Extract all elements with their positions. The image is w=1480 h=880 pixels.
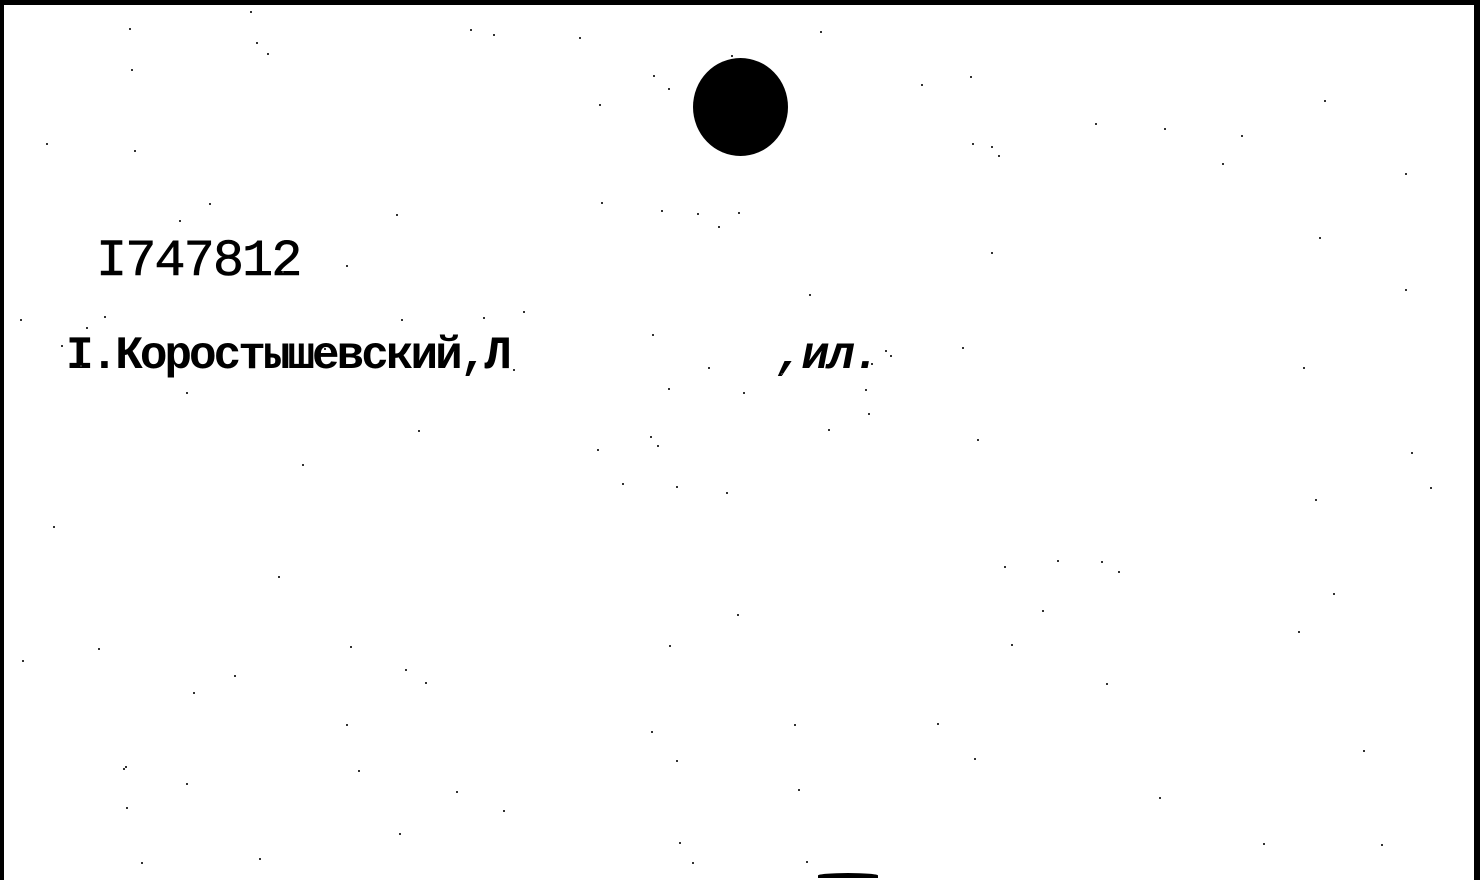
noise-speck <box>885 350 887 352</box>
noise-speck <box>80 365 82 367</box>
noise-speck <box>134 150 136 152</box>
noise-speck <box>991 252 993 254</box>
noise-speck <box>676 760 678 762</box>
noise-speck <box>962 347 964 349</box>
noise-speck <box>401 319 403 321</box>
author-entry: I.Коростышевский,Л <box>66 333 509 379</box>
noise-speck <box>692 862 694 864</box>
noise-speck <box>131 69 133 71</box>
noise-speck <box>493 34 495 36</box>
noise-speck <box>425 682 427 684</box>
noise-speck <box>1405 289 1407 291</box>
noise-speck <box>250 11 252 13</box>
noise-speck <box>1011 644 1013 646</box>
noise-speck <box>1159 797 1161 799</box>
noise-speck <box>405 669 407 671</box>
noise-speck <box>1101 561 1103 563</box>
noise-speck <box>622 483 624 485</box>
noise-speck <box>129 28 131 30</box>
noise-speck <box>98 648 100 650</box>
punch-hole-icon <box>693 58 788 156</box>
noise-speck <box>668 388 670 390</box>
noise-speck <box>974 758 976 760</box>
card-edge-left <box>0 0 4 880</box>
noise-speck <box>350 646 352 648</box>
noise-speck <box>676 486 678 488</box>
noise-speck <box>234 675 236 677</box>
noise-speck <box>668 88 670 90</box>
noise-speck <box>731 55 733 57</box>
noise-speck <box>418 430 420 432</box>
noise-speck <box>346 724 348 726</box>
noise-speck <box>1303 367 1305 369</box>
noise-speck <box>794 724 796 726</box>
noise-speck <box>470 29 472 31</box>
noise-speck <box>669 645 671 647</box>
noise-speck <box>186 783 188 785</box>
noise-speck <box>743 392 745 394</box>
noise-speck <box>890 355 892 357</box>
noise-speck <box>977 439 979 441</box>
noise-speck <box>1324 100 1326 102</box>
noise-speck <box>186 392 188 394</box>
noise-speck <box>601 202 603 204</box>
noise-speck <box>991 146 993 148</box>
noise-speck <box>1118 571 1120 573</box>
noise-speck <box>1241 135 1243 137</box>
noise-speck <box>726 492 728 494</box>
noise-speck <box>324 348 326 350</box>
noise-speck <box>523 311 525 313</box>
noise-speck <box>86 327 88 329</box>
noise-speck <box>1430 487 1432 489</box>
noise-speck <box>1405 173 1407 175</box>
noise-speck <box>579 37 581 39</box>
noise-speck <box>708 367 710 369</box>
noise-speck <box>737 614 739 616</box>
noise-speck <box>53 526 55 528</box>
noise-speck <box>1164 128 1166 130</box>
catalog-card: I747812 I.Коростышевский,Л ,ил. <box>0 0 1480 880</box>
noise-speck <box>22 660 24 662</box>
noise-speck <box>125 766 127 768</box>
noise-speck <box>61 345 63 347</box>
card-edge-top <box>0 0 1480 5</box>
noise-speck <box>123 768 125 770</box>
ink-smudge <box>818 873 878 878</box>
noise-speck <box>1319 237 1321 239</box>
noise-speck <box>597 449 599 451</box>
noise-speck <box>1298 631 1300 633</box>
noise-speck <box>358 770 360 772</box>
noise-speck <box>1315 499 1317 501</box>
illustrations-note: ,ил. <box>776 333 878 379</box>
noise-speck <box>921 84 923 86</box>
noise-speck <box>650 436 652 438</box>
catalog-number: I747812 <box>96 236 300 288</box>
noise-speck <box>653 75 655 77</box>
noise-speck <box>970 76 972 78</box>
noise-speck <box>828 429 830 431</box>
noise-speck <box>661 210 663 212</box>
noise-speck <box>126 807 128 809</box>
noise-speck <box>20 319 22 321</box>
noise-speck <box>483 317 485 319</box>
noise-speck <box>46 143 48 145</box>
noise-speck <box>599 104 601 106</box>
noise-speck <box>868 413 870 415</box>
noise-speck <box>346 265 348 267</box>
noise-speck <box>679 842 681 844</box>
noise-speck <box>282 271 284 273</box>
noise-speck <box>781 373 783 375</box>
noise-speck <box>302 464 304 466</box>
noise-speck <box>1411 452 1413 454</box>
noise-speck <box>256 42 258 44</box>
noise-speck <box>267 53 269 55</box>
noise-speck <box>396 214 398 216</box>
noise-speck <box>513 369 515 371</box>
noise-speck <box>1363 750 1365 752</box>
noise-speck <box>1106 683 1108 685</box>
noise-speck <box>1222 163 1224 165</box>
noise-speck <box>278 576 280 578</box>
noise-speck <box>697 213 699 215</box>
noise-speck <box>1095 123 1097 125</box>
noise-speck <box>104 316 106 318</box>
noise-speck <box>503 810 505 812</box>
noise-speck <box>259 858 261 860</box>
noise-speck <box>651 731 653 733</box>
noise-speck <box>652 334 654 336</box>
noise-speck <box>998 155 1000 157</box>
noise-speck <box>209 203 211 205</box>
noise-speck <box>1042 610 1044 612</box>
noise-speck <box>1333 593 1335 595</box>
noise-speck <box>798 789 800 791</box>
noise-speck <box>1381 844 1383 846</box>
noise-speck <box>141 862 143 864</box>
card-edge-right <box>1474 0 1480 880</box>
noise-speck <box>972 143 974 145</box>
noise-speck <box>738 212 740 214</box>
noise-speck <box>193 692 195 694</box>
noise-speck <box>871 363 873 365</box>
noise-speck <box>657 445 659 447</box>
noise-speck <box>179 220 181 222</box>
noise-speck <box>456 791 458 793</box>
noise-speck <box>718 226 720 228</box>
noise-speck <box>865 389 867 391</box>
noise-speck <box>1004 566 1006 568</box>
noise-speck <box>399 833 401 835</box>
noise-speck <box>820 31 822 33</box>
noise-speck <box>937 723 939 725</box>
noise-speck <box>809 294 811 296</box>
noise-speck <box>806 861 808 863</box>
noise-speck <box>1057 560 1059 562</box>
noise-speck <box>1263 843 1265 845</box>
